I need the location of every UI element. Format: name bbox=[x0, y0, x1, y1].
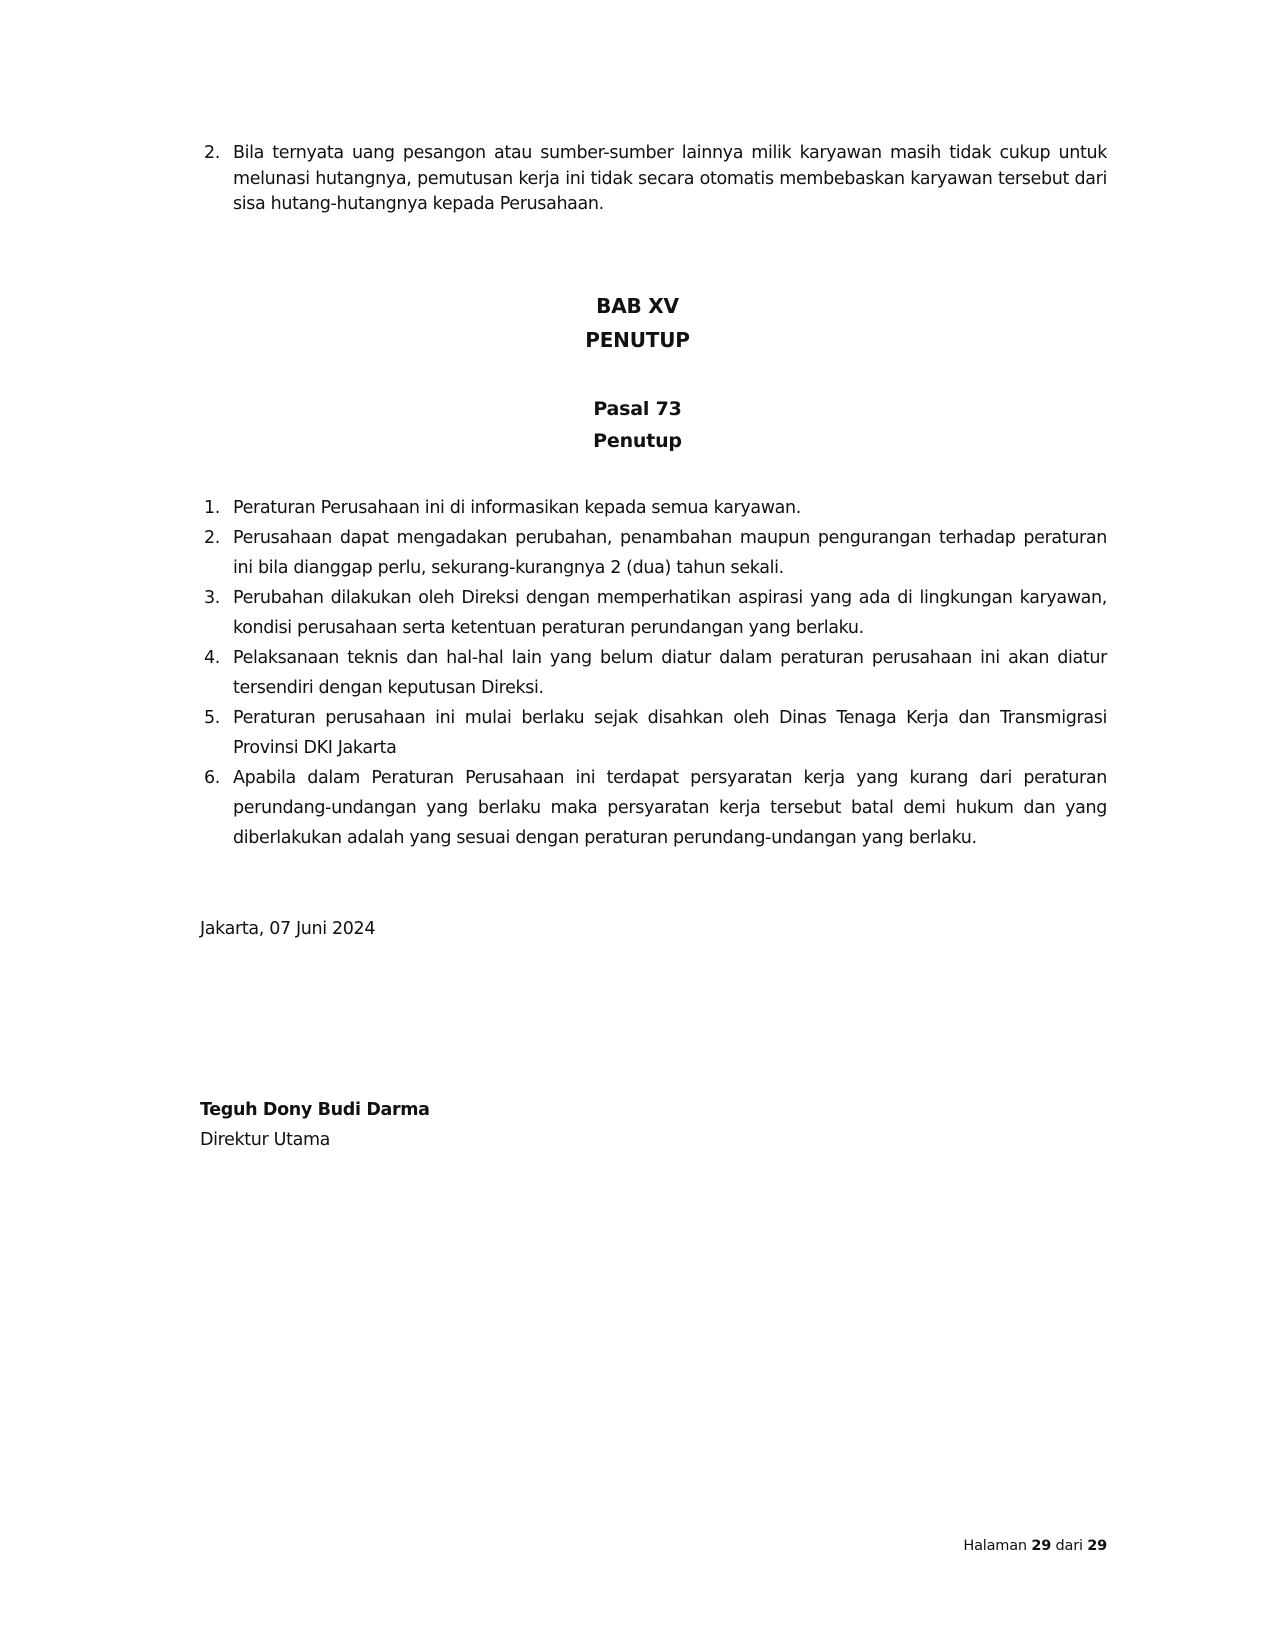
list-item-number: 6. bbox=[204, 763, 220, 793]
page-label: Halaman bbox=[963, 1538, 1027, 1554]
page-footer: Halaman 29 dari 29 bbox=[963, 1538, 1107, 1554]
list-item-text: Peraturan Perusahaan ini di informasikan… bbox=[233, 498, 801, 518]
document-page: 2. Bila ternyata uang pesangon atau sumb… bbox=[0, 0, 1275, 1650]
list-item-number: 2. bbox=[204, 523, 220, 553]
continued-list: 2. Bila ternyata uang pesangon atau sumb… bbox=[204, 141, 1107, 218]
list-item-number: 5. bbox=[204, 703, 220, 733]
list-item: 6. Apabila dalam Peraturan Perusahaan in… bbox=[204, 763, 1107, 853]
list-item: 3. Perubahan dilakukan oleh Direksi deng… bbox=[204, 583, 1107, 643]
list-item-text: Peraturan perusahaan ini mulai berlaku s… bbox=[233, 708, 1107, 758]
list-item: 1. Peraturan Perusahaan ini di informasi… bbox=[204, 493, 1107, 523]
current-page-number: 29 bbox=[1031, 1538, 1051, 1554]
list-item: 2. Bila ternyata uang pesangon atau sumb… bbox=[204, 141, 1107, 218]
list-item-text: Apabila dalam Peraturan Perusahaan ini t… bbox=[233, 768, 1107, 848]
list-item: 2. Perusahaan dapat mengadakan perubahan… bbox=[204, 523, 1107, 583]
place-date: Jakarta, 07 Juni 2024 bbox=[200, 919, 375, 939]
article-title: Penutup bbox=[0, 430, 1275, 452]
list-item-text: Perubahan dilakukan oleh Direksi dengan … bbox=[233, 588, 1107, 638]
closing-provisions-list: 1. Peraturan Perusahaan ini di informasi… bbox=[204, 493, 1107, 853]
total-pages-number: 29 bbox=[1087, 1538, 1107, 1554]
of-label: dari bbox=[1056, 1538, 1083, 1554]
list-item-text: Bila ternyata uang pesangon atau sumber-… bbox=[233, 143, 1107, 214]
list-item-number: 3. bbox=[204, 583, 220, 613]
list-item-number: 1. bbox=[204, 493, 220, 523]
list-item: 4. Pelaksanaan teknis dan hal-hal lain y… bbox=[204, 643, 1107, 703]
list-item: 5. Peraturan perusahaan ini mulai berlak… bbox=[204, 703, 1107, 763]
chapter-number: BAB XV bbox=[0, 294, 1275, 318]
list-item-text: Perusahaan dapat mengadakan perubahan, p… bbox=[233, 528, 1107, 578]
signer-title: Direktur Utama bbox=[200, 1130, 330, 1150]
list-item-number: 4. bbox=[204, 643, 220, 673]
signer-name: Teguh Dony Budi Darma bbox=[200, 1100, 430, 1120]
chapter-title: PENUTUP bbox=[0, 328, 1275, 352]
list-item-number: 2. bbox=[204, 141, 220, 167]
list-item-text: Pelaksanaan teknis dan hal-hal lain yang… bbox=[233, 648, 1107, 698]
article-number: Pasal 73 bbox=[0, 398, 1275, 420]
